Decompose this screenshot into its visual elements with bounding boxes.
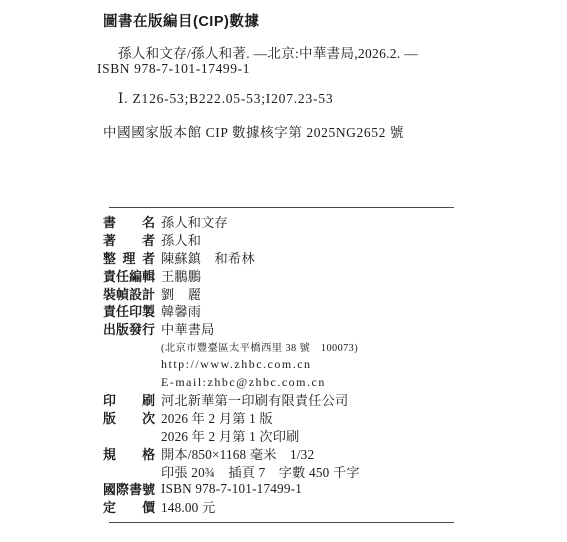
- row-value: 印張 20¾ 插頁 7 字數 450 千字: [161, 462, 360, 481]
- row-value: 中華書局: [161, 319, 215, 338]
- colophon-row-publisher-website: http://www.zhbc.com.cn: [103, 355, 523, 373]
- colophon-row-title: 書名 孫人和文存: [103, 213, 523, 231]
- colophon-row-publisher-address: (北京市豐臺區太平橋西里 38 號 100073): [103, 338, 523, 356]
- colophon-row-isbn: 國際書號 ISBN 978-7-101-17499-1: [103, 480, 523, 498]
- colophon-row-publisher: 出版發行 中華書局: [103, 320, 523, 338]
- row-label: 定價: [103, 497, 155, 516]
- row-value: 開本/850×1168 毫米 1/32: [161, 444, 314, 463]
- bottom-divider: [109, 522, 454, 523]
- row-value: 148.00 元: [161, 497, 215, 516]
- colophon-table: 書名 孫人和文存 著者 孫人和 整理者 陳蘇鎮 和希林 責任編輯 王鵬鵬 裝幀設…: [103, 213, 523, 516]
- row-value: 孫人和文存: [161, 212, 228, 231]
- row-value: 2026 年 2 月第 1 次印刷: [161, 426, 300, 445]
- colophon-row-edition: 版次 2026 年 2 月第 1 版: [103, 409, 523, 427]
- top-divider: [109, 207, 454, 208]
- colophon-row-format: 規格 開本/850×1168 毫米 1/32: [103, 444, 523, 462]
- row-label: 印刷: [103, 390, 155, 409]
- colophon-row-price: 定價 148.00 元: [103, 498, 523, 516]
- row-value: 王鵬鵬: [161, 266, 201, 285]
- row-value: E-mail:zhbc@zhbc.com.cn: [161, 375, 326, 390]
- row-value: 陳蘇鎮 和希林: [161, 248, 255, 267]
- row-value: 2026 年 2 月第 1 版: [161, 408, 273, 427]
- row-label: 書名: [103, 212, 155, 231]
- row-value: 河北新華第一印刷有限責任公司: [161, 390, 348, 409]
- cip-header: 圖書在版編目(CIP)數據: [103, 10, 259, 31]
- cip-classification: Ⅰ. Z126-53;B222.05-53;I207.23-53: [118, 91, 333, 107]
- cip-description-isbn: ISBN 978-7-101-17499-1: [97, 61, 250, 77]
- row-label: 責任編輯: [103, 266, 155, 285]
- row-label: 著者: [103, 230, 155, 249]
- colophon-row-printing: 2026 年 2 月第 1 次印刷: [103, 427, 523, 445]
- colophon-row-publisher-email: E-mail:zhbc@zhbc.com.cn: [103, 373, 523, 391]
- row-value: (北京市豐臺區太平橋西里 38 號 100073): [161, 339, 358, 354]
- colophon-row-sheets: 印張 20¾ 插頁 7 字數 450 千字: [103, 462, 523, 480]
- row-label: 整理者: [103, 248, 155, 267]
- cip-description-line1: 孫人和文存/孫人和著. —北京:中華書局,2026.2. —: [118, 42, 418, 62]
- colophon-row-print-supervisor: 責任印製 韓馨雨: [103, 302, 523, 320]
- row-label: 責任印製: [103, 301, 155, 320]
- colophon-row-printer: 印刷 河北新華第一印刷有限責任公司: [103, 391, 523, 409]
- book-colophon-page: 圖書在版編目(CIP)數據 孫人和文存/孫人和著. —北京:中華書局,2026.…: [0, 0, 567, 542]
- row-label: 國際書號: [103, 479, 155, 498]
- row-value: ISBN 978-7-101-17499-1: [161, 481, 302, 497]
- colophon-row-author: 著者 孫人和: [103, 231, 523, 249]
- row-value: 韓馨雨: [161, 301, 201, 320]
- row-value: 劉 麗: [161, 284, 201, 303]
- row-label: 裝幀設計: [103, 284, 155, 303]
- row-value: 孫人和: [161, 230, 201, 249]
- row-label: 版次: [103, 408, 155, 427]
- colophon-row-designer: 裝幀設計 劉 麗: [103, 284, 523, 302]
- row-value: http://www.zhbc.com.cn: [161, 357, 312, 372]
- row-label: 出版發行: [103, 319, 155, 338]
- colophon-row-editor: 責任編輯 王鵬鵬: [103, 266, 523, 284]
- colophon-row-compilers: 整理者 陳蘇鎮 和希林: [103, 249, 523, 267]
- cip-record-number: 中國國家版本館 CIP 數據核字第 2025NG2652 號: [103, 121, 404, 141]
- row-label: 規格: [103, 444, 155, 463]
